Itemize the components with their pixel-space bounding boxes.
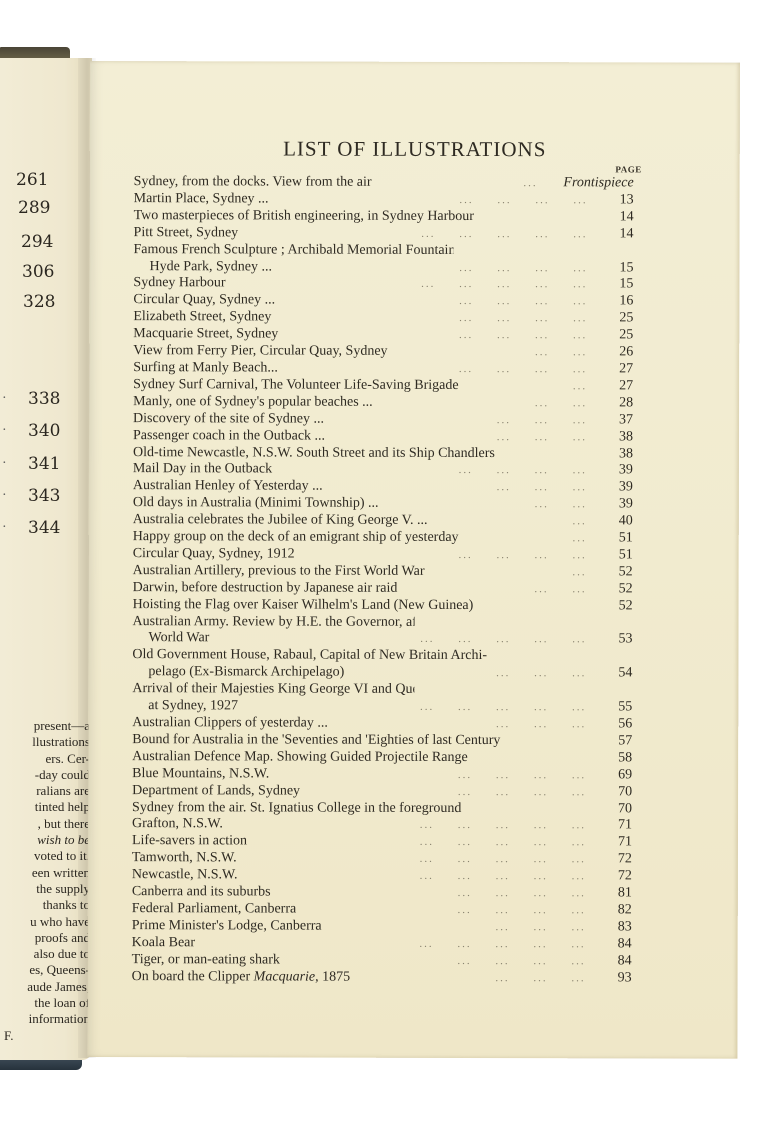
illustration-entry: Federal Parliament, Canberra... ... ... … [132,901,632,919]
entry-caption-line1: Discovery of the site of Sydney ... [133,411,324,426]
left-page-text-line: een written [0,865,90,881]
entry-caption-line1: Sydney from the air. St. Ignatius Colleg… [132,800,461,816]
entry-caption: Darwin, before destruction by Japanese a… [133,580,529,598]
illustration-entry: Australian Army. Review by H.E. the Gove… [132,614,632,649]
entry-page-number: 70 [592,784,632,801]
illustration-entry: Sydney, from the docks. View from the ai… [134,174,634,192]
leader-dots: ... ... ... [491,429,593,446]
left-page-number: 289 [18,198,50,218]
entry-caption: Bound for Australia in the 'Seventies an… [132,732,592,750]
right-page: LIST OF ILLUSTRATIONS PAGE Sydney, from … [87,61,740,1059]
illustration-entry: Surfing at Manly Beach...... ... ... ...… [133,360,633,378]
entry-caption-line1: Life-savers in action [132,833,247,848]
illustration-entry: View from Ferry Pier, Circular Quay, Syd… [133,343,633,361]
entry-page-number: 81 [592,885,632,902]
illustration-entry: Sydney from the air. St. Ignatius Colleg… [132,800,632,818]
illustration-entry: Australian Henley of Yesterday ...... ..… [133,478,633,496]
entry-page-number: 57 [592,733,632,750]
entry-caption-line2: pelago (Ex-Bismarck Archipelago) [132,664,490,682]
entry-page-number: 28 [593,395,633,412]
entry-caption-line1: Canberra and its suburbs [132,884,271,899]
entry-caption: Australia celebrates the Jubilee of King… [133,512,567,530]
illustration-entry: Prime Minister's Lodge, Canberra... ... … [132,918,632,936]
leader-dots: ... ... [529,344,593,361]
entry-caption-line1: Bound for Australia in the 'Seventies an… [132,732,500,748]
illustration-entry: Mail Day in the Outback... ... ... ...39 [133,462,633,480]
left-page-number: 306 [22,262,54,282]
left-page-text-line: -day could [0,767,90,783]
entry-caption-line1: Australian Clippers of yesterday ... [132,715,328,731]
entry-page-number: 13 [594,192,634,209]
entry-caption-line1: Tamworth, N.S.W. [132,850,237,865]
entry-caption-line1: Happy group on the deck of an emigrant s… [133,529,459,545]
entry-caption: Koala Bear [132,935,414,953]
entry-page-number: 70 [592,801,632,818]
entry-page-number: 38 [593,446,633,463]
entry-caption-line1: Sydney, from the docks. View from the ai… [134,174,372,190]
illustration-entry: Old days in Australia (Minimi Township) … [133,495,633,513]
entry-caption-line1: Sydney Surf Carnival, The Volunteer Life… [133,377,458,393]
illustration-entry: Martin Place, Sydney ...... ... ... ...1… [134,191,634,209]
entry-caption-line1: Martin Place, Sydney ... [134,191,269,206]
entry-page-number: 15 [593,260,633,277]
page-title: LIST OF ILLUSTRATIONS [90,136,740,163]
entry-page-number: 51 [593,530,633,547]
entry-page-number: 25 [593,311,633,328]
entry-page-number: 26 [593,344,633,361]
illustration-entry: Old Government House, Rabaul, Capital of… [132,647,632,682]
entry-page-number: 58 [592,750,632,767]
entry-caption: Mail Day in the Outback [133,462,453,480]
entry-page-number: 51 [593,547,633,564]
entry-caption: Australian Army. Review by H.E. the Gove… [132,614,414,649]
entry-caption: Tiger, or man-eating shark [132,952,452,970]
entry-page-number: 84 [592,953,632,970]
entry-caption-line1: Pitt Street, Sydney [134,225,239,240]
entry-page-number: 54 [592,666,632,683]
illustration-entry: Australian Defence Map. Showing Guided P… [132,749,632,767]
leader-dots: ... ... ... [491,412,593,429]
entry-caption: Surfing at Manly Beach... [133,360,453,378]
entry-caption-line1: Hoisting the Flag over Kaiser Wilhelm's … [133,597,474,613]
leader-dots: ... ... ... ... [452,902,592,919]
left-page-text-line: llustrations [0,734,90,750]
leader-dots: ... ... ... [489,970,591,987]
entry-caption-line1: Surfing at Manly Beach... [133,360,278,375]
leader-dots: ... [517,175,543,192]
entry-caption: Sydney Surf Carnival, The Volunteer Life… [133,377,567,395]
entry-caption-line1: Australian Henley of Yesterday ... [133,478,323,493]
leader-dots: ... [566,564,592,581]
left-page-text-line: the supply [0,881,90,897]
entry-caption-line1: Macquarie Street, Sydney [133,326,278,341]
illustration-list: Sydney, from the docks. View from the ai… [132,174,634,987]
leader-dots: ... ... ... ... ... [413,936,591,953]
entry-page-number: 39 [593,463,633,480]
entry-caption-line1: View from Ferry Pier, Circular Quay, Syd… [133,343,387,359]
entry-caption: View from Ferry Pier, Circular Quay, Syd… [133,343,529,361]
entry-caption-line1: Sydney Harbour [133,276,225,291]
entry-page-number: 37 [593,412,633,429]
entry-caption: Arrival of their Majesties King George V… [132,681,414,716]
entry-caption: Sydney Harbour [133,276,415,294]
left-page-number: 294 [21,232,53,252]
leader-dots: ... ... ... ... ... [414,817,592,834]
illustration-entry: Sydney Surf Carnival, The Volunteer Life… [133,377,633,395]
leader-dots: ... [566,530,592,547]
illustration-entry: Two masterpieces of British engineering,… [134,208,634,226]
entry-page-number: 14 [594,226,634,243]
entry-caption-line1: Darwin, before destruction by Japanese a… [133,580,398,596]
entry-caption: Australian Clippers of yesterday ... [132,715,490,733]
entry-caption: Old days in Australia (Minimi Township) … [133,495,529,513]
illustration-entry: Department of Lands, Sydney... ... ... .… [132,783,632,801]
entry-caption-line2: Hyde Park, Sydney ... [133,259,453,277]
illustration-entry: Hoisting the Flag over Kaiser Wilhelm's … [133,597,633,615]
entry-caption-line1: Arrival of their Majesties King George V… [132,681,414,697]
left-page-text-line: F. [0,1028,90,1044]
leader-dots: ... ... ... ... [453,192,593,209]
entry-page-number: 93 [592,970,632,987]
entry-caption-line1: Old days in Australia (Minimi Township) … [133,495,379,511]
left-page-text-line: thanks to [0,897,90,913]
entry-caption: Discovery of the site of Sydney ... [133,411,491,429]
left-page-text-line: tinted help [0,799,90,815]
leader-dot: · [2,520,7,536]
illustration-entry: Old-time Newcastle, N.S.W. South Street … [133,445,633,463]
entry-caption-line1: Famous French Sculpture ; Archibald Memo… [133,242,453,258]
entry-page-number: Frontispiece [544,175,634,192]
entry-page-number: 14 [594,209,634,226]
illustration-entry: Canberra and its suburbs... ... ... ...8… [132,884,632,902]
leader-dots: ... ... [528,581,592,598]
entry-caption-line1: Federal Parliament, Canberra [132,901,296,916]
illustration-entry: Circular Quay, Sydney ...... ... ... ...… [133,292,633,310]
entry-caption: Life-savers in action [132,833,414,851]
entry-caption-line1: Australian Artillery, previous to the Fi… [133,563,425,579]
entry-caption: Australian Artillery, previous to the Fi… [133,563,567,581]
entry-page-number: 82 [592,902,632,919]
page-column-label: PAGE [615,164,641,174]
entry-page-number: 38 [593,429,633,446]
entry-caption-line1: Koala Bear [132,935,195,950]
illustration-entry: Passenger coach in the Outback ...... ..… [133,428,633,446]
entry-caption: Sydney, from the docks. View from the ai… [134,174,518,192]
left-page-number: 261 [16,170,48,190]
entry-page-number: 56 [592,716,632,733]
entry-caption: Australian Defence Map. Showing Guided P… [132,749,592,767]
entry-caption-line1: Passenger coach in the Outback ... [133,428,325,444]
entry-caption-line1: Tiger, or man-eating shark [132,952,280,967]
entry-caption: Circular Quay, Sydney ... [133,292,453,310]
illustration-entry: Circular Quay, Sydney, 1912... ... ... .… [133,546,633,564]
entry-caption-line1: Circular Quay, Sydney, 1912 [133,546,295,561]
entry-caption: Manly, one of Sydney's popular beaches .… [133,394,529,412]
entry-page-number: 84 [592,936,632,953]
entry-caption-line1: Old Government House, Rabaul, Capital of… [132,647,487,663]
left-page-text-line: es, Queens- [0,962,90,978]
left-page-text-line: voted to it. [0,848,90,864]
leader-dots: ... ... ... ... [453,259,593,276]
entry-caption-text: , 1875 [315,969,350,984]
illustration-entry: Australian Artillery, previous to the Fi… [133,563,633,581]
entry-page-number: 72 [592,852,632,869]
leader-dots: ... ... ... ... [453,293,593,310]
entry-caption-line1: Australian Army. Review by H.E. the Gove… [133,614,415,630]
left-page-text: present—allustrationsers. Cer--day could… [0,718,90,1044]
left-page-text-line: present—a [0,718,90,734]
leader-dots: ... ... [529,496,593,513]
entry-page-number: 52 [593,581,633,598]
entry-page-number: 15 [593,277,633,294]
entry-caption: Old-time Newcastle, N.S.W. South Street … [133,445,593,463]
left-page-text-line: ralians are [0,783,90,799]
entry-caption: Passenger coach in the Outback ... [133,428,491,446]
leader-dots: ... ... [529,395,593,412]
entry-caption-ship-name: Macquarie [254,969,315,984]
entry-page-number: 52 [593,564,633,581]
leader-dot: · [2,423,7,439]
leader-dots: ... ... ... ... [452,784,592,801]
leader-dots: ... ... ... ... ... [414,851,592,868]
entry-page-number: 71 [592,835,632,852]
entry-caption-line1: Grafton, N.S.W. [132,817,223,832]
left-page-text-line: , but there [0,816,90,832]
entry-caption: Australian Henley of Yesterday ... [133,478,491,496]
illustration-entry: Darwin, before destruction by Japanese a… [133,580,633,598]
entry-caption: Circular Quay, Sydney, 1912 [133,546,453,564]
illustration-entry: Koala Bear... ... ... ... ...84 [132,935,632,953]
entry-page-number: 83 [592,919,632,936]
illustration-entry: Tiger, or man-eating shark... ... ... ..… [132,952,632,970]
left-page-number: 340 [28,421,60,441]
entry-caption-line1: Department of Lands, Sydney [132,783,300,798]
left-page-number: 343 [28,486,60,506]
entry-caption: Famous French Sculpture ; Archibald Memo… [133,242,453,277]
entry-caption: Federal Parliament, Canberra [132,901,452,919]
left-page-text-line: also due to [0,946,90,962]
left-page-number: 344 [28,518,60,538]
entry-page-number: 52 [593,598,633,615]
illustration-entry: Arrival of their Majesties King George V… [132,681,632,716]
entry-page-number: 39 [593,497,633,514]
entry-caption-line1: Manly, one of Sydney's popular beaches .… [133,394,373,410]
entry-caption: Newcastle, N.S.W. [132,867,414,885]
leader-dots: ... [567,378,593,395]
leader-dots: ... ... ... ... [452,547,592,564]
entry-caption: Canberra and its suburbs [132,884,452,902]
illustration-entry: Tamworth, N.S.W.... ... ... ... ...72 [132,850,632,868]
entry-page-number: 27 [593,378,633,395]
leader-dots: ... ... ... ... [453,310,593,327]
left-page-text-line: information [0,1011,90,1027]
illustration-entry: Elizabeth Street, Sydney... ... ... ...2… [133,309,633,327]
leader-dot: · [2,391,7,407]
entry-caption: On board the Clipper Macquarie, 1875 [132,969,490,987]
entry-caption: Two masterpieces of British engineering,… [134,208,594,226]
left-page-number: 338 [28,389,60,409]
entry-caption-line1: Old-time Newcastle, N.S.W. South Street … [133,445,495,461]
entry-caption: Pitt Street, Sydney [134,225,416,243]
entry-page-number: 71 [592,818,632,835]
leader-dots: ... ... ... [489,919,591,936]
left-page-number: 328 [23,292,55,312]
illustration-entry: Grafton, N.S.W.... ... ... ... ...71 [132,817,632,835]
leader-dots: ... ... ... [490,665,592,682]
entry-caption-line1: Australia celebrates the Jubilee of King… [133,512,428,528]
illustration-entry: Discovery of the site of Sydney ...... .… [133,411,633,429]
leader-dot: · [2,456,7,472]
entry-caption-line1: Circular Quay, Sydney ... [133,292,275,307]
illustration-entry: Manly, one of Sydney's popular beaches .… [133,394,633,412]
entry-page-number: 53 [592,632,632,649]
illustration-entry: Newcastle, N.S.W.... ... ... ... ...72 [132,867,632,885]
entry-caption: Elizabeth Street, Sydney [133,309,453,327]
entry-caption: Prime Minister's Lodge, Canberra [132,918,490,936]
leader-dots: ... ... ... ... ... [414,631,592,648]
entry-caption: Blue Mountains, N.S.W. [132,766,452,784]
leader-dots: ... ... ... ... [453,462,593,479]
left-page-text-line: aude James, [0,979,90,995]
left-page-text-line: proofs and [0,930,90,946]
entry-caption: Old Government House, Rabaul, Capital of… [132,647,490,682]
leader-dots: ... ... ... ... ... [414,699,592,716]
illustration-entry: Pitt Street, Sydney... ... ... ... ...14 [134,225,634,243]
entry-page-number: 72 [592,868,632,885]
leader-dots: ... ... ... ... [453,327,593,344]
illustration-entry: Life-savers in action... ... ... ... ...… [132,833,632,851]
leader-dots: ... [567,513,593,530]
leader-dots: ... ... ... [491,479,593,496]
entry-caption-line1: Elizabeth Street, Sydney [133,309,271,324]
entry-caption: Grafton, N.S.W. [132,817,414,835]
entry-page-number: 39 [593,480,633,497]
entry-caption: Martin Place, Sydney ... [134,191,454,209]
entry-caption: Hoisting the Flag over Kaiser Wilhelm's … [133,597,593,615]
entry-page-number: 25 [593,327,633,344]
entry-caption-line1: Australian Defence Map. Showing Guided P… [132,749,468,765]
entry-caption-line1: Prime Minister's Lodge, Canberra [132,918,322,933]
leader-dot: · [2,488,7,504]
entry-caption: Department of Lands, Sydney [132,783,452,801]
leader-dots: ... ... ... ... [453,361,593,378]
entry-caption-line2: at Sydney, 1927 [132,698,414,716]
leader-dots: ... ... ... ... ... [415,226,593,243]
entry-page-number: 55 [592,699,632,716]
illustration-entry: Macquarie Street, Sydney... ... ... ...2… [133,326,633,344]
left-page-text-line: u who have [0,914,90,930]
illustration-entry: On board the Clipper Macquarie, 1875... … [132,969,632,987]
leader-dots: ... ... ... [490,716,592,733]
leader-dots: ... ... ... ... [452,885,592,902]
entry-caption-line2: World War [132,631,414,649]
entry-caption: Sydney from the air. St. Ignatius Colleg… [132,800,592,818]
leader-dots: ... ... ... ... ... [414,868,592,885]
illustration-entry: Happy group on the deck of an emigrant s… [133,529,633,547]
entry-caption-line1: Mail Day in the Outback [133,462,272,477]
entry-page-number: 27 [593,361,633,378]
entry-page-number: 69 [592,767,632,784]
entry-caption-text: On board the Clipper [132,969,254,984]
leader-dots: ... ... ... ... ... [414,834,592,851]
illustration-entry: Sydney Harbour... ... ... ... ...15 [133,276,633,294]
leader-dots: ... ... ... ... [451,953,591,970]
entry-caption: Macquarie Street, Sydney [133,326,453,344]
illustration-entry: Australian Clippers of yesterday ...... … [132,715,632,733]
leader-dots: ... ... ... ... ... [415,276,593,293]
left-page-text-line: the loan of [0,995,90,1011]
entry-caption-line1: Newcastle, N.S.W. [132,867,238,882]
illustration-entry: Famous French Sculpture ; Archibald Memo… [133,242,633,277]
entry-caption-line1: Blue Mountains, N.S.W. [132,766,269,781]
illustration-entry: Australia celebrates the Jubilee of King… [133,512,633,530]
left-page-number: 341 [28,454,60,474]
entry-caption: Happy group on the deck of an emigrant s… [133,529,567,547]
entry-caption-line1: Two masterpieces of British engineering,… [134,208,474,224]
entry-caption: Tamworth, N.S.W. [132,850,414,868]
left-page-text-line: wish to be [0,832,90,848]
illustration-entry: Bound for Australia in the 'Seventies an… [132,732,632,750]
entry-page-number: 40 [593,513,633,530]
illustration-entry: Blue Mountains, N.S.W.... ... ... ...69 [132,766,632,784]
left-page-text-line: ers. Cer- [0,751,90,767]
entry-page-number: 16 [593,294,633,311]
leader-dots: ... ... ... ... [452,767,592,784]
